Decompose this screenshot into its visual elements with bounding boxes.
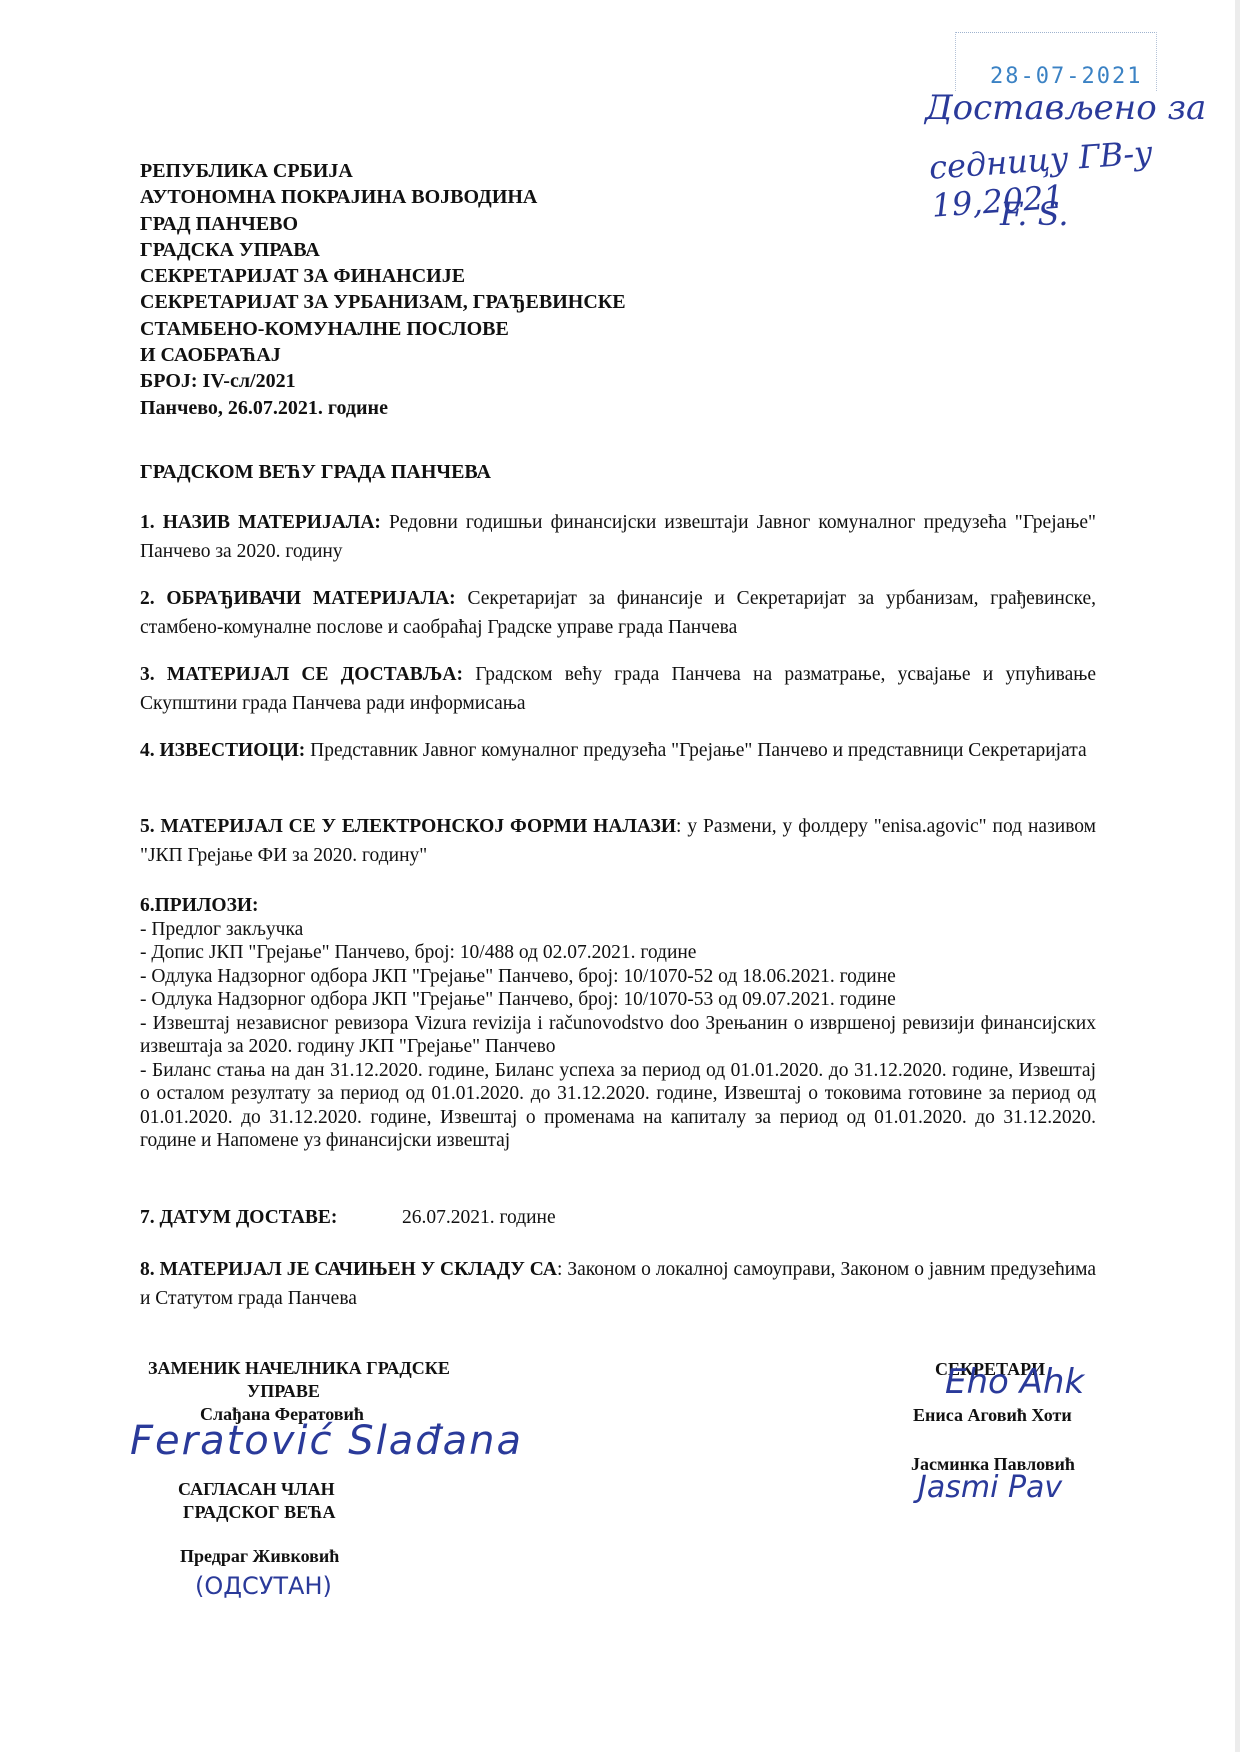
- section-text: Представник Јавног комуналног предузећа …: [310, 740, 1087, 761]
- section-1: 1. НАЗИВ МАТЕРИЈАЛА: Редовни годишњи фин…: [140, 508, 1096, 566]
- letterhead-line: И САОБРАЋАЈ: [140, 342, 626, 368]
- council-member-title-line2: ГРАДСКОГ ВЕЋА: [183, 1501, 336, 1523]
- section-3: 3. МАТЕРИЈАЛ СЕ ДОСТАВЉА: Градском већу …: [140, 660, 1096, 718]
- stamp-date: 28-07-2021: [990, 64, 1142, 89]
- section-label: 5. МАТЕРИЈАЛ СЕ У ЕЛЕКТРОНСКОЈ ФОРМИ НАЛ…: [140, 816, 676, 837]
- attachment-item: - Извештај независног ревизора Vizura re…: [140, 1012, 1096, 1059]
- secretary-1-signature: Eho Ahk: [945, 1362, 1084, 1402]
- section-label: 4. ИЗВЕСТИОЦИ:: [140, 740, 305, 761]
- letterhead-line: СЕКРЕТАРИЈАТ ЗА ФИНАНСИЈЕ: [140, 263, 626, 289]
- delivery-date-label: 7. ДАТУМ ДОСТАВЕ:: [140, 1203, 402, 1232]
- delivery-date-value: 26.07.2021. године: [402, 1207, 556, 1228]
- secretary-1-name: Ениса Аговић Хоти: [913, 1404, 1072, 1426]
- handwritten-note-initials: F. S.: [1000, 195, 1069, 233]
- letterhead-line: СТАМБЕНО-КОМУНАЛНЕ ПОСЛОВЕ: [140, 316, 626, 342]
- letterhead: РЕПУБЛИКА СРБИЈА АУТОНОМНА ПОКРАЈИНА ВОЈ…: [140, 158, 626, 421]
- attachment-item: - Одлука Надзорног одбора ЈКП "Грејање" …: [140, 988, 1096, 1012]
- letterhead-line: СЕКРЕТАРИЈАТ ЗА УРБАНИЗАМ, ГРАЂЕВИНСКЕ: [140, 289, 626, 315]
- secretary-2-signature: Jasmi Pav: [918, 1470, 1062, 1505]
- attachment-item: - Допис ЈКП "Грејање" Панчево, број: 10/…: [140, 941, 1096, 965]
- compliance-label: 8. МАТЕРИЈАЛ ЈЕ САЧИЊЕН У СКЛАДУ СА: [140, 1259, 557, 1280]
- section-7-delivery-date: 7. ДАТУМ ДОСТАВЕ:26.07.2021. године: [140, 1203, 1096, 1232]
- document-number: БРОЈ: IV-сл/2021: [140, 368, 626, 394]
- section-6-attachments: 6.ПРИЛОЗИ: - Предлог закључка - Допис ЈК…: [140, 894, 1096, 1153]
- section-label: 2. ОБРАЂИВАЧИ МАТЕРИЈАЛА:: [140, 588, 456, 609]
- handwritten-note-line-1: Достављено за: [925, 88, 1206, 128]
- council-member-name: Предраг Живковић: [180, 1545, 339, 1567]
- attachments-list: - Предлог закључка - Допис ЈКП "Грејање"…: [140, 918, 1096, 1153]
- section-8-compliance: 8. МАТЕРИЈАЛ ЈЕ САЧИЊЕН У СКЛАДУ СА: Зак…: [140, 1255, 1096, 1313]
- deputy-title-line2: УПРАВЕ: [247, 1380, 320, 1402]
- section-label: 3. МАТЕРИЈАЛ СЕ ДОСТАВЉА:: [140, 664, 463, 685]
- recipient: ГРАДСКОМ ВЕЋУ ГРАДА ПАНЧЕВА: [140, 461, 491, 484]
- section-label: 1. НАЗИВ МАТЕРИЈАЛА:: [140, 512, 381, 533]
- section-4: 4. ИЗВЕСТИОЦИ: Представник Јавног комуна…: [140, 736, 1096, 765]
- letterhead-line: РЕПУБЛИКА СРБИЈА: [140, 158, 626, 184]
- letterhead-line: ГРАД ПАНЧЕВО: [140, 211, 626, 237]
- attachment-item: - Предлог закључка: [140, 918, 1096, 942]
- page-edge: [1235, 0, 1240, 1752]
- section-2: 2. ОБРАЂИВАЧИ МАТЕРИЈАЛА: Секретаријат з…: [140, 584, 1096, 642]
- letterhead-line: ГРАДСКА УПРАВА: [140, 237, 626, 263]
- attachments-label: 6.ПРИЛОЗИ:: [140, 895, 259, 916]
- handwritten-note-line-2: седницу ГВ-у 19,2021: [928, 127, 1240, 224]
- deputy-title-line1: ЗАМЕНИК НАЧЕЛНИКА ГРАДСКЕ: [148, 1357, 450, 1379]
- section-5: 5. МАТЕРИЈАЛ СЕ У ЕЛЕКТРОНСКОЈ ФОРМИ НАЛ…: [140, 812, 1096, 870]
- attachment-item: - Биланс стања на дан 31.12.2020. године…: [140, 1059, 1096, 1153]
- letterhead-line: АУТОНОМНА ПОКРАЈИНА ВОЈВОДИНА: [140, 184, 626, 210]
- attachment-item: - Одлука Надзорног одбора ЈКП "Грејање" …: [140, 965, 1096, 989]
- council-member-title-line1: САГЛАСАН ЧЛАН: [178, 1478, 335, 1500]
- deputy-signature: Feratović Slađana: [130, 1418, 523, 1464]
- council-member-absent-note: (ОДСУТАН): [195, 1572, 332, 1600]
- document-date: Панчево, 26.07.2021. године: [140, 395, 626, 421]
